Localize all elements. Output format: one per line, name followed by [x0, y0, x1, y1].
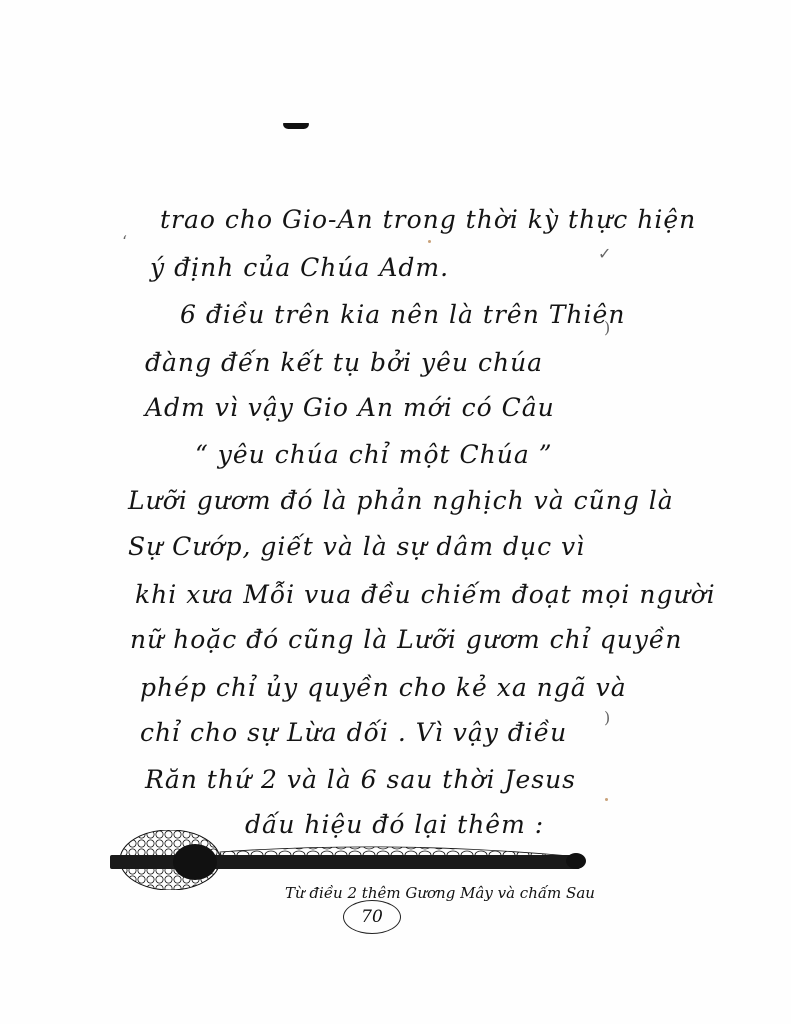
text-line-1: trao cho Gio-An trong thời kỳ thực hiện [160, 205, 696, 234]
text-line-11: phép chỉ ủy quyền cho kẻ xa ngã và [140, 673, 627, 702]
text-line-12: chỉ cho sự Lừa dối . Vì vậy điều [140, 718, 567, 747]
margin-mark: ✓ [598, 244, 611, 263]
page-number-text: 70 [361, 907, 383, 927]
text-line-7: Lưỡi gươm đó là phản nghịch và cũng là [128, 486, 674, 515]
text-line-8: Sự Cướp, giết và là sự dâm dục vì [128, 532, 585, 561]
top-ink-mark [283, 123, 309, 129]
text-line-5: Adm vì vậy Gio An mới có Câu [145, 393, 555, 422]
text-line-9: khi xưa Mỗi vua đều chiếm đoạt mọi người [135, 580, 716, 609]
sword-drawing-icon [110, 830, 590, 890]
text-line-2: ý định của Chúa Adm. [150, 253, 449, 282]
margin-mark: ) [604, 318, 610, 337]
page-number: 70 [343, 900, 401, 934]
text-line-13: Răn thứ 2 và là 6 sau thời Jesus [145, 765, 576, 794]
ink-speck [428, 240, 431, 243]
text-line-4: đàng đến kết tụ bởi yêu chúa [145, 348, 543, 377]
text-line-10: nữ hoặc đó cũng là Lưỡi gươm chỉ quyền [130, 625, 682, 654]
text-line-3: 6 điều trên kia nên là trên Thiên [180, 300, 625, 329]
text-line-6: “ yêu chúa chỉ một Chúa ” [195, 440, 553, 469]
drawing-caption: Từ điều 2 thêm Gương Mây và chấm Sau [285, 884, 595, 902]
document-page: trao cho Gio-An trong thời kỳ thực hiện … [0, 0, 791, 1024]
ink-speck [605, 798, 608, 801]
margin-mark: ‘ [122, 232, 127, 251]
margin-mark: ) [604, 708, 610, 727]
